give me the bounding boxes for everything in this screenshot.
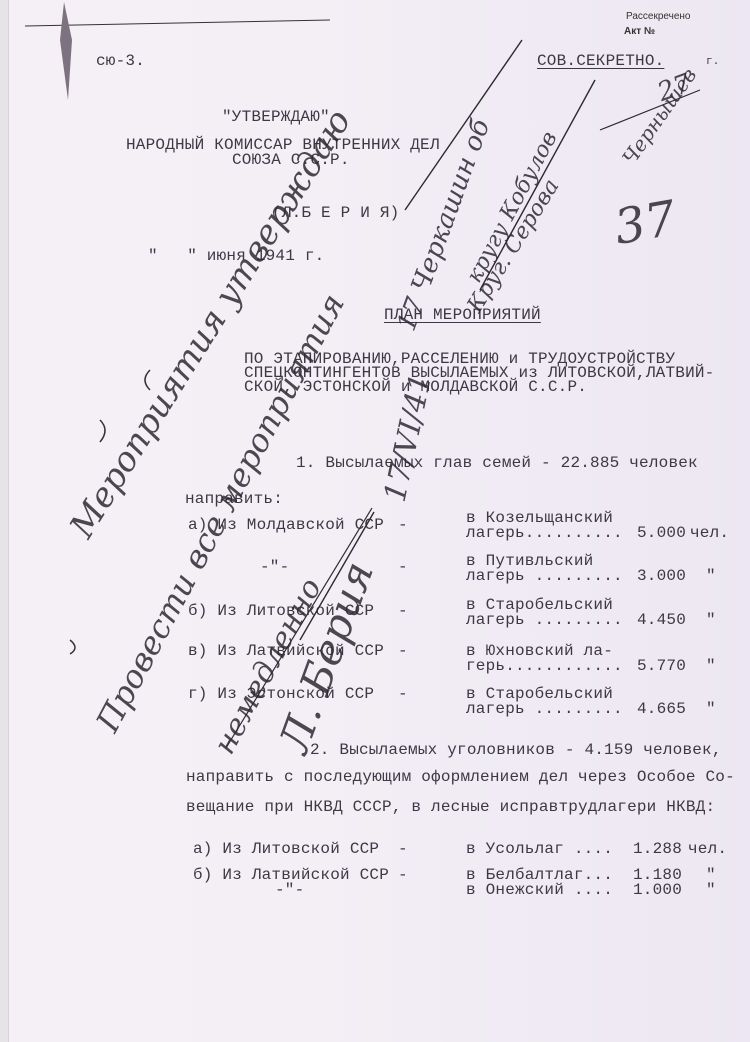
margin-mark	[145, 370, 150, 390]
margin-mark	[100, 420, 105, 442]
strike-line	[300, 512, 374, 640]
strike-line	[600, 90, 700, 130]
pen-strokes	[0, 0, 750, 1042]
strike-line	[480, 80, 595, 290]
scan-edge-line	[25, 20, 330, 26]
strike-line	[226, 508, 372, 748]
scan-artifact	[60, 2, 72, 100]
strike-line	[405, 40, 522, 210]
margin-mark	[70, 640, 75, 654]
